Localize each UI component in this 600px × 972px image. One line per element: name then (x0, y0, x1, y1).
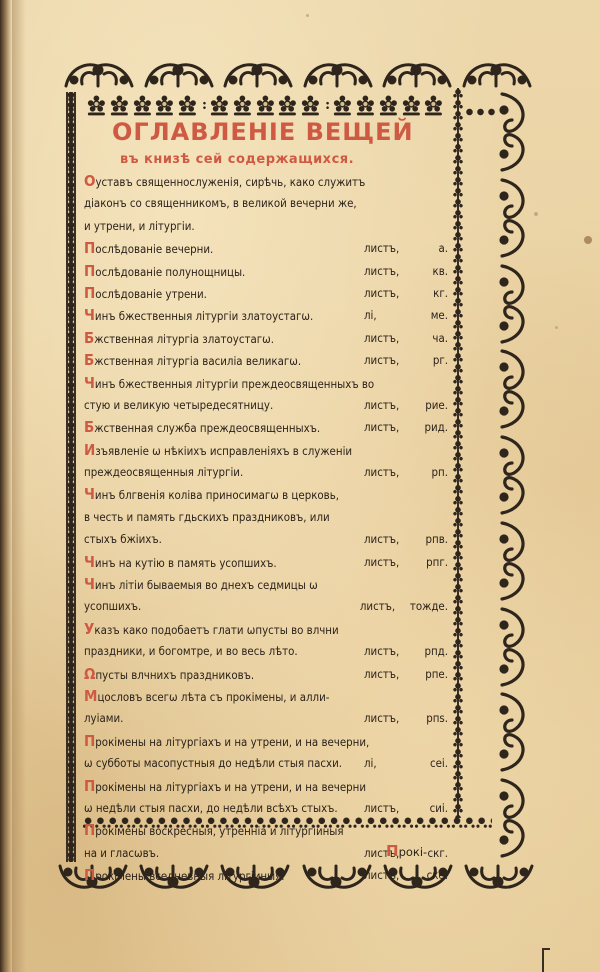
toc-line: Ωпусты влчнихъ праздниковъ.листъ,рпе. (84, 663, 448, 685)
rubric-initial: Ч (84, 575, 95, 593)
toc-line: стую и великую четыредесятницу.листъ,рие… (84, 394, 448, 416)
page-reference: листъ,тожде. (354, 595, 448, 617)
entry-title: пусты влчнихъ праздниковъ. (95, 668, 254, 682)
toc-entry-text: Чинъ літіи бываемыя во днехъ седмицы ω (84, 573, 318, 595)
leaf-label: листъ, (364, 282, 408, 304)
leaf-number: рпѕ. (414, 707, 448, 729)
rubric-initial: Ч (84, 306, 95, 324)
page-reference: листъ,рпд. (358, 640, 448, 662)
foxing-spot (306, 14, 309, 17)
flower-ornament-row: :: (86, 92, 446, 118)
leaf-number: рп. (414, 461, 448, 483)
rubric-initial: М (84, 687, 97, 705)
page-corner-mark (542, 948, 550, 972)
page-reference: листъ,рпе. (358, 663, 448, 685)
flower-icon (378, 93, 399, 117)
leaf-number: ске. (414, 864, 448, 886)
leaf-number: кг. (414, 282, 448, 304)
toc-line: Оуставъ священнослуженія, сирѣчь, како с… (84, 170, 448, 192)
toc-entry-text: Чинъ на кутію в память усопшихъ. (84, 551, 277, 573)
toc-entry-text: луіами. (84, 707, 123, 729)
toc-entry-text: діаконъ со священникомъ, в великой вечер… (84, 192, 357, 214)
toc-entry-text: на и гласωвъ. (84, 842, 159, 864)
flower-icon (355, 93, 376, 117)
entry-title: рокімены на літургіахъ и на утрени, и на… (95, 780, 366, 794)
toc-line: Чинъ бжественныя літургіи златоустагω.лі… (84, 304, 448, 326)
book-spine-edge (0, 0, 12, 972)
flower-icon (332, 93, 353, 117)
leaf-label: лі, (364, 304, 408, 326)
toc-entry-text: Бжственная літургіа василіа великагω. (84, 349, 301, 371)
entry-title: стыхъ бжіихъ. (84, 532, 162, 546)
leaf-label: листъ, (364, 528, 408, 550)
leaf-label: листъ, (364, 640, 408, 662)
entry-title: уставъ священнослуженія, сирѣчь, како сл… (95, 175, 365, 189)
top-ornament-border (62, 56, 534, 90)
leaf-label: листъ, (364, 663, 408, 685)
entry-title: рокімены вседневныя літургіиныя. (95, 869, 284, 883)
entry-title: діаконъ со священникомъ, в великой вечер… (84, 196, 357, 210)
catchword: Прокі- (386, 842, 427, 860)
rubric-initial: И (84, 441, 95, 459)
toc-line: Указъ како подобаетъ глати ωпусты во влч… (84, 618, 448, 640)
entry-title: стую и великую четыредесятницу. (84, 398, 273, 412)
leaf-number: сиі. (414, 797, 448, 819)
entry-title: инъ літіи бываемыя во днехъ седмицы ω (95, 578, 318, 592)
toc-entry-text: Чинъ блгвенія коліва приносимагω в церко… (84, 483, 339, 505)
toc-entry-text: стую и великую четыредесятницу. (84, 394, 273, 416)
toc-line: и утрени, и літургіи. (84, 215, 448, 237)
scroll-ornament-icon (494, 519, 534, 603)
toc-entry-text: ω недѣли стыя пасхи, до недѣли всѣхъ сты… (84, 797, 338, 819)
leaf-label: листъ, (364, 707, 408, 729)
floral-arch-icon (460, 56, 534, 90)
leaf-label: листъ, (364, 416, 408, 438)
toc-entry-text: преждеосвященныя літургіи. (84, 461, 243, 483)
toc-line: усопшихъ.листъ,тожде. (84, 595, 448, 617)
entry-title: в честь и память гдьскихъ праздниковъ, и… (84, 510, 330, 524)
leaf-label: листъ, (364, 394, 408, 416)
entry-title: ослѣдованіе утрени. (95, 287, 207, 301)
toc-entry-text: Указъ како подобаетъ глати ωпусты во влч… (84, 618, 339, 640)
toc-line: Изъявленіе ω нѣкіихъ исправленіяхъ в слу… (84, 439, 448, 461)
toc-line: Чинъ літіи бываемыя во днехъ седмицы ω (84, 573, 448, 595)
scroll-ornament-icon (494, 605, 534, 689)
toc-line: Послѣдованіе утрени.листъ,кг. (84, 282, 448, 304)
leaf-label: листъ, (364, 797, 408, 819)
toc-line: Чинъ бжественныя літургіи преждеосвященн… (84, 372, 448, 394)
toc-entry-text: ω субботы масопустныя до недѣли стыя пас… (84, 752, 342, 774)
entry-title: жственная літургіа златоустагω. (94, 332, 274, 346)
toc-entry-text: и утрени, и літургіи. (84, 215, 195, 237)
rubric-initial: Б (84, 329, 94, 347)
toc-entry-text: Бжственная служба преждеосвященныхъ. (84, 416, 320, 438)
leaf-number: рие. (414, 394, 448, 416)
floral-arch-icon (221, 56, 295, 90)
scroll-ornament-icon (494, 690, 534, 774)
toc-entry-text: Ωпусты влчнихъ праздниковъ. (84, 663, 254, 685)
entry-title: инъ бжественныя літургіи преждеосвященны… (95, 377, 374, 391)
flower-icon (300, 93, 321, 117)
entry-title: и утрени, и літургіи. (84, 219, 195, 233)
page-reference: листъ,рпв. (358, 528, 448, 550)
table-of-contents: Оуставъ священнослуженія, сирѣчь, како с… (84, 170, 448, 887)
scroll-ornament-icon (494, 90, 534, 174)
rubric-initial: Б (84, 418, 94, 436)
toc-line: праздники, и богомтре, и во весь лѣто.ли… (84, 640, 448, 662)
entry-title: рокімены на літургіахъ и на утрени, и на… (95, 735, 369, 749)
foxing-spot (584, 236, 592, 244)
toc-entry-text: стыхъ бжіихъ. (84, 528, 162, 550)
leaf-label: лі, (364, 752, 408, 774)
leaf-number: кв. (414, 260, 448, 282)
entry-title: рокімены воскресныя, утренніа и літургіи… (95, 824, 343, 838)
scroll-ornament-icon (494, 176, 534, 260)
floral-arch-icon (462, 862, 536, 896)
scroll-ornament-icon (494, 262, 534, 346)
toc-entry-text: Послѣдованіе утрени. (84, 282, 207, 304)
flower-icon (277, 93, 298, 117)
rubric-initial: У (84, 620, 94, 638)
flower-icon (401, 93, 422, 117)
flower-icon (86, 93, 107, 117)
leaf-number: рпг. (414, 551, 448, 573)
leaf-number: рид. (414, 416, 448, 438)
flower-icon (423, 93, 444, 117)
page-reference: листъ,рие. (358, 394, 448, 416)
leaf-number: рг. (414, 349, 448, 371)
entry-title: ослѣдованіе полунощницы. (95, 265, 245, 279)
leaf-label: листъ, (360, 595, 404, 617)
toc-entry-text: Прокімены воскресныя, утренніа и літургі… (84, 819, 344, 841)
page-reference: листъ,рпѕ. (358, 707, 448, 729)
rubric-initial: П (84, 262, 95, 280)
leaf-number: рпв. (414, 528, 448, 550)
toc-entry-text: Чинъ бжественныя літургіи преждеосвященн… (84, 372, 374, 394)
floral-arch-icon (301, 56, 375, 90)
flower-icon (154, 93, 175, 117)
toc-line: Бжственная літургіа златоустагω.листъ,ча… (84, 327, 448, 349)
flower-icon (255, 93, 276, 117)
toc-line: Прокімены на літургіахъ и на утрени, и н… (84, 775, 448, 797)
toc-line: Прокімены воскресныя, утренніа и літургі… (84, 819, 448, 841)
leaf-label: листъ, (364, 461, 408, 483)
entry-title: казъ како подобаетъ глати ωпусты во влчн… (94, 623, 338, 637)
toc-line: Прокімены на літургіахъ и на утрени, и н… (84, 730, 448, 752)
leaf-label: листъ, (364, 237, 408, 259)
leaf-label: листъ, (364, 349, 408, 371)
entry-title: цословъ всегω лѣта съ прокімены, и алли- (97, 690, 329, 704)
page-reference: листъ,рид. (358, 416, 448, 438)
leaf-label: листъ, (364, 327, 408, 349)
leaf-number: тожде. (410, 595, 448, 617)
floral-arch-icon (62, 56, 136, 90)
rubric-initial: П (84, 777, 95, 795)
page-reference: листъ,рг. (358, 349, 448, 371)
page-title: Оглавленіе вещей (112, 118, 442, 146)
scroll-ornament-icon (494, 347, 534, 431)
toc-entry-text: Изъявленіе ω нѣкіихъ исправленіяхъ в слу… (84, 439, 352, 461)
toc-line: Чинъ блгвенія коліва приносимагω в церко… (84, 483, 448, 505)
toc-line: Мцословъ всегω лѣта съ прокімены, и алли… (84, 685, 448, 707)
flower-icon (177, 93, 198, 117)
catchword-initial: П (386, 842, 399, 860)
page-reference: листъ,ске. (358, 864, 448, 886)
toc-entry-text: Чинъ бжественныя літургіи златоустагω. (84, 304, 313, 326)
rubric-initial: О (84, 172, 95, 190)
page-subtitle: въ книзѣ сей содержащихся. (120, 152, 440, 167)
scroll-ornament-icon (494, 433, 534, 517)
entry-title: зъявленіе ω нѣкіихъ исправленіяхъ в служ… (95, 444, 352, 458)
entry-title: преждеосвященныя літургіи. (84, 465, 243, 479)
page-reference: листъ,сиі. (358, 797, 448, 819)
leaf-number: рпд. (414, 640, 448, 662)
toc-line: Послѣдованіе вечерни.листъ,а. (84, 237, 448, 259)
ornament-separator: : (325, 97, 330, 113)
catchword-text: рокі- (399, 845, 428, 859)
toc-line: преждеосвященныя літургіи.листъ,рп. (84, 461, 448, 483)
page-reference: листъ,ча. (358, 327, 448, 349)
toc-line: Чинъ на кутію в память усопшихъ.листъ,рп… (84, 551, 448, 573)
toc-entry-text: Оуставъ священнослуженія, сирѣчь, како с… (84, 170, 365, 192)
toc-line: стыхъ бжіихъ.листъ,рпв. (84, 528, 448, 550)
page-reference: листъ,рп. (358, 461, 448, 483)
page-reference: лі,сеі. (358, 752, 448, 774)
toc-entry-text: Послѣдованіе полунощницы. (84, 260, 245, 282)
toc-entry-text: Послѣдованіе вечерни. (84, 237, 213, 259)
foxing-spot (534, 212, 538, 216)
entry-title: на и гласωвъ. (84, 846, 159, 860)
flower-icon (132, 93, 153, 117)
rubric-initial: П (84, 866, 95, 884)
toc-line: Послѣдованіе полунощницы.листъ,кв. (84, 260, 448, 282)
entry-title: ω субботы масопустныя до недѣли стыя пас… (84, 756, 342, 770)
entry-title: ослѣдованіе вечерни. (95, 242, 213, 256)
flower-icon (109, 93, 130, 117)
toc-entry-text: Прокімены вседневныя літургіиныя. (84, 864, 285, 886)
toc-line: Прокімены вседневныя літургіиныя.листъ,с… (84, 864, 448, 886)
flower-icon (232, 93, 253, 117)
rubric-initial: Ч (84, 553, 95, 571)
toc-entry-text: Прокімены на літургіахъ и на утрени, и н… (84, 775, 366, 797)
rubric-initial: П (84, 732, 95, 750)
leaf-number: рпе. (414, 663, 448, 685)
entry-title: жственная служба преждеосвященныхъ. (94, 421, 320, 435)
toc-entry-text: праздники, и богомтре, и во весь лѣто. (84, 640, 298, 662)
rubric-initial: П (84, 284, 95, 302)
leaf-number: а. (414, 237, 448, 259)
leaf-number: ча. (414, 327, 448, 349)
leaf-number: сеі. (414, 752, 448, 774)
entry-title: инъ блгвенія коліва приносимагω в церков… (95, 488, 339, 502)
entry-title: инъ на кутію в память усопшихъ. (95, 556, 277, 570)
page-reference: листъ,а. (358, 237, 448, 259)
toc-line: Бжственная служба преждеосвященныхъ.лист… (84, 416, 448, 438)
page-reference: листъ,кв. (358, 260, 448, 282)
rubric-initial: Ч (84, 374, 95, 392)
flower-icon (209, 93, 230, 117)
leaf-label: листъ, (364, 551, 408, 573)
toc-entry-text: Бжственная літургіа златоустагω. (84, 327, 274, 349)
left-chain-border (64, 92, 78, 862)
right-vine-border (452, 88, 464, 818)
toc-line: в честь и память гдьскихъ праздниковъ, и… (84, 506, 448, 528)
top-right-vine-ornament (464, 106, 498, 118)
rubric-initial: Ч (84, 485, 95, 503)
rubric-initial: П (84, 239, 95, 257)
floral-arch-icon (380, 56, 454, 90)
entry-title: жственная літургіа василіа великагω. (94, 354, 301, 368)
toc-line: ω недѣли стыя пасхи, до недѣли всѣхъ сты… (84, 797, 448, 819)
scroll-ornament-icon (494, 776, 534, 860)
rubric-initial: Ω (84, 665, 95, 683)
leaf-label: листъ, (364, 864, 408, 886)
page-reference: листъ,кг. (358, 282, 448, 304)
page-reference: лі,ме. (358, 304, 448, 326)
leaf-number: ме. (414, 304, 448, 326)
foxing-spot (555, 326, 558, 329)
right-scroll-border (494, 90, 534, 860)
leaf-label: листъ, (364, 260, 408, 282)
entry-title: луіами. (84, 711, 123, 725)
toc-entry-text: Прокімены на літургіахъ и на утрени, и н… (84, 730, 369, 752)
rubric-initial: П (84, 821, 95, 839)
toc-entry-text: в честь и память гдьскихъ праздниковъ, и… (84, 506, 330, 528)
toc-line: Бжственная літургіа василіа великагω.лис… (84, 349, 448, 371)
entry-title: праздники, и богомтре, и во весь лѣто. (84, 644, 298, 658)
entry-title: усопшихъ. (84, 599, 141, 613)
toc-line: діаконъ со священникомъ, в великой вечер… (84, 192, 448, 214)
floral-arch-icon (142, 56, 216, 90)
rubric-initial: Б (84, 351, 94, 369)
toc-line: ω субботы масопустныя до недѣли стыя пас… (84, 752, 448, 774)
entry-title: ω недѣли стыя пасхи, до недѣли всѣхъ сты… (84, 801, 338, 815)
entry-title: инъ бжественныя літургіи златоустагω. (95, 309, 313, 323)
ornament-separator: : (202, 97, 207, 113)
page-reference: листъ,рпг. (358, 551, 448, 573)
toc-line: луіами.листъ,рпѕ. (84, 707, 448, 729)
page-gutter-shadow (12, 0, 26, 972)
toc-entry-text: усопшихъ. (84, 595, 141, 617)
toc-entry-text: Мцословъ всегω лѣта съ прокімены, и алли… (84, 685, 329, 707)
